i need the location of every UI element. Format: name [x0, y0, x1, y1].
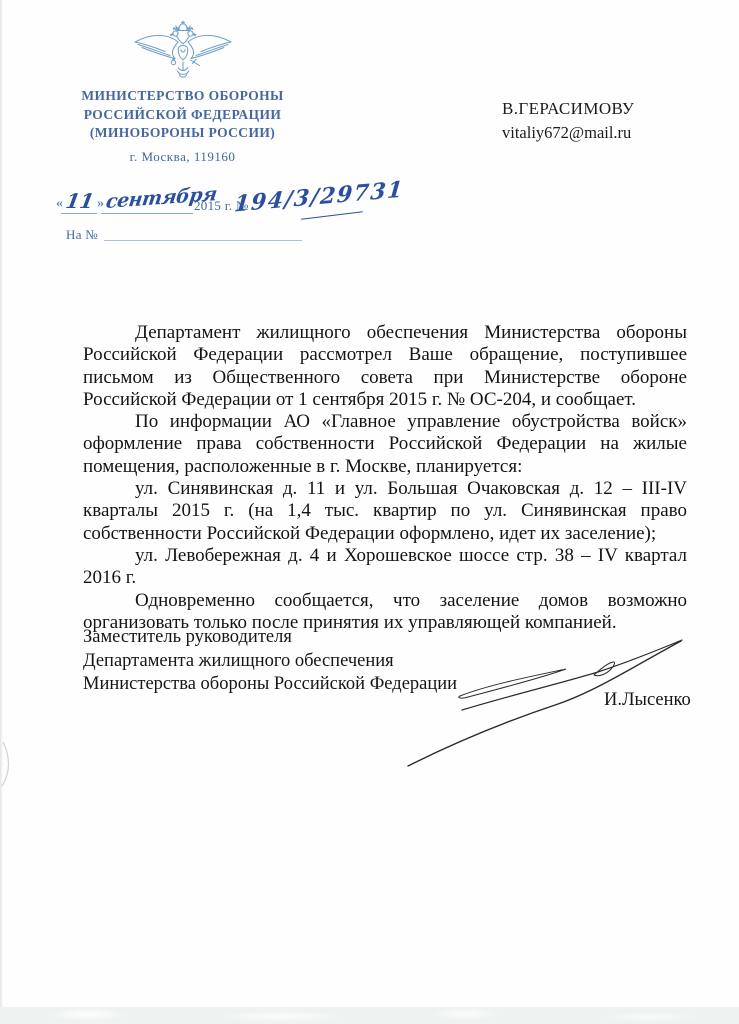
handwritten-outgoing-number: 194/3/29731: [233, 176, 405, 217]
ministry-name-block: МИНИСТЕРСТВО ОБОРОНЫ РОССИЙСКОЙ ФЕДЕРАЦИ…: [60, 87, 305, 143]
reference-fill-line: [104, 240, 302, 241]
ministry-name-line: МИНИСТЕРСТВО ОБОРОНЫ: [60, 87, 305, 106]
date-close-quote: »: [97, 196, 104, 212]
letter-body: Департамент жилищного обеспечения Минист…: [83, 322, 687, 634]
recipient-name: В.ГЕРАСИМОВУ: [502, 99, 634, 119]
day-fill-line: [61, 213, 97, 214]
body-paragraph: По информации АО «Главное управление обу…: [83, 411, 687, 478]
body-paragraph: ул. Левобережная д. 4 и Хорошевское шосс…: [83, 545, 687, 590]
ministry-address-line: г. Москва, 119160: [60, 149, 305, 165]
body-paragraph: Департамент жилищного обеспечения Минист…: [83, 322, 687, 411]
date-open-quote: «: [56, 196, 63, 212]
ministry-name-line: РОССИЙСКОЙ ФЕДЕРАЦИИ: [60, 106, 305, 125]
ministry-eagle-emblem-icon: [130, 20, 236, 80]
scanned-letter-page: МИНИСТЕРСТВО ОБОРОНЫ РОССИЙСКОЙ ФЕДЕРАЦИ…: [0, 0, 739, 1024]
signer-name: И.Лысенко: [604, 690, 691, 711]
scan-bottom-band: [0, 1007, 739, 1024]
ministry-name-line: (МИНОБОРОНЫ РОССИИ): [60, 124, 305, 143]
scan-left-edge: [0, 0, 3, 1024]
scan-edge-mark: [0, 740, 14, 788]
reference-label: На №: [66, 227, 98, 243]
recipient-email: vitaliy672@mail.ru: [502, 123, 634, 143]
handwriting-flourish: [301, 211, 363, 220]
month-fill-line: [101, 213, 193, 214]
body-paragraph: ул. Синявинская д. 11 и ул. Большая Очак…: [83, 478, 687, 545]
recipient-block: В.ГЕРАСИМОВУ vitaliy672@mail.ru: [502, 99, 634, 143]
handwritten-day: 11: [64, 189, 96, 213]
